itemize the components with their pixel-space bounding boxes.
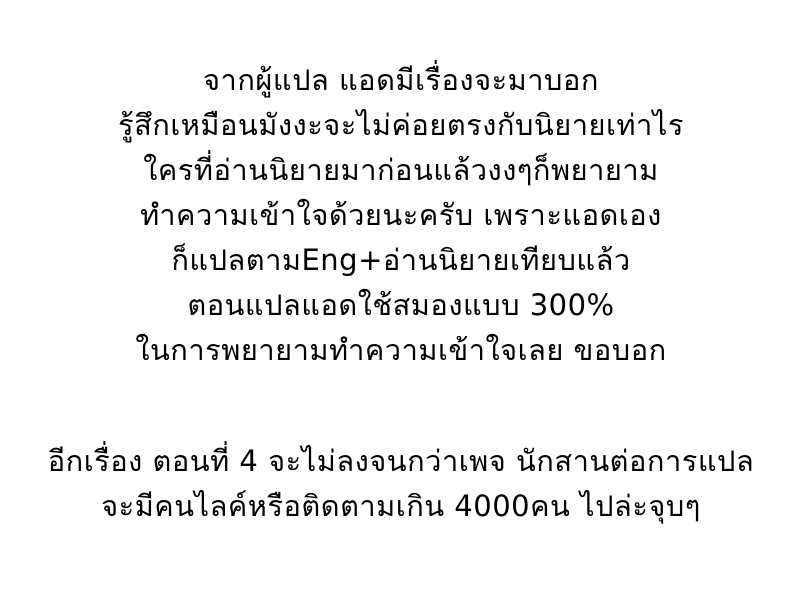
note-line: ใครที่อ่านนิยายมาก่อนแล้วงงๆก็พยายาม	[0, 148, 802, 193]
note-line: ในการพยายามทำความเข้าใจเลย ขอบอก	[0, 328, 802, 373]
note-line: จากผู้แปล แอดมีเรื่องจะมาบอก	[0, 58, 802, 103]
translator-note-page: จากผู้แปล แอดมีเรื่องจะมาบอก รู้สึกเหมือ…	[0, 0, 802, 598]
note-line: จะมีคนไลค์หรือติดตามเกิน 4000คน ไปล่ะจุบ…	[0, 484, 802, 529]
note-line: ก็แปลตามEng+อ่านนิยายเทียบแล้ว	[0, 238, 802, 283]
translator-note: จากผู้แปล แอดมีเรื่องจะมาบอก รู้สึกเหมือ…	[0, 58, 802, 529]
note-line: ทำความเข้าใจด้วยนะครับ เพราะแอดเอง	[0, 193, 802, 238]
note-line: รู้สึกเหมือนมังงะจะไม่ค่อยตรงกับนิยายเท่…	[0, 103, 802, 148]
note-line: ตอนแปลแอดใช้สมองแบบ 300%	[0, 283, 802, 328]
note-paragraph-1: จากผู้แปล แอดมีเรื่องจะมาบอก รู้สึกเหมือ…	[0, 58, 802, 373]
note-paragraph-2: อีกเรื่อง ตอนที่ 4 จะไม่ลงจนกว่าเพจ นักส…	[0, 439, 802, 529]
note-line: อีกเรื่อง ตอนที่ 4 จะไม่ลงจนกว่าเพจ นักส…	[0, 439, 802, 484]
